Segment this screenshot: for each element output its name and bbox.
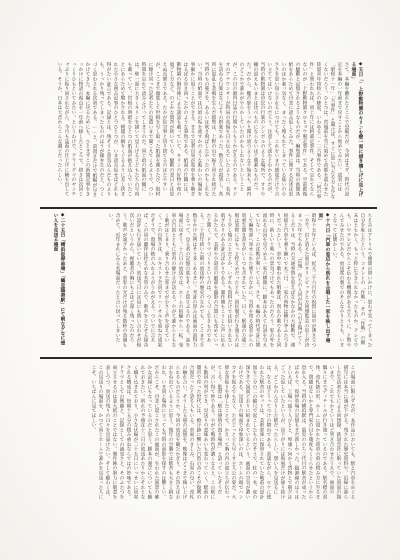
horizontal-rule-1 [40,207,377,209]
scene-heading-day25: ◆二十五日「横浜仮停車場」「鶴見臨港駅」にて朝な夕なに想い人を見送る場面 [53,213,65,345]
tier1-body-text: さて、本編を離れたところで恐縮だが、今回はまず、時代の設定を本編の一年前まで戻す… [57,62,349,199]
tier3-body-text: この場面に限らずだが、本作品においても、駅と汽車をめぐる描写には本当に頭が下がる… [91,365,355,499]
scene-heading-day5: ◆五日「─上野動物園のキリンを壁一面に描き嬉しげに見上げる場面」 [351,62,363,197]
scene-heading-day16: ◆十六日「汽車の窓辺から別れを合唱した一家を映し出す場面」 [318,213,330,343]
text-tier-2: ちえみはアトリエで徳間の問いかけに、思わず笑ってしまった自分を恥じたという。コメ… [68,213,373,349]
horizontal-rule-2 [40,357,372,359]
text-tier-1: ◆五日「─上野動物園のキリンを壁一面に描き嬉しげに見上げる場面」 さて、本編を離… [55,62,364,199]
scanned-page: ◆五日「─上野動物園のキリンを壁一面に描き嬉しげに見上げる場面」 さて、本編を離… [0,0,400,560]
text-tier-3: この場面に限らずだが、本作品においても、駅と汽車をめぐる描写には本当に頭が下がる… [38,365,356,503]
tier2-body-text-lead: ちえみはアトリエで徳間の問いかけに、思わず笑ってしまった自分を恥じたという。コメ… [332,213,372,347]
text-tier-2-left-heading: ◆二十五日「横浜仮停車場」「鶴見臨港駅」にて朝な夕なに想い人を見送る場面 [42,213,66,349]
tier2-body-text: 昭和十五年といえば、紀元二千六百年の祝賀に国中が沸き立つ一方で、幻と消えた東京オ… [108,213,316,347]
